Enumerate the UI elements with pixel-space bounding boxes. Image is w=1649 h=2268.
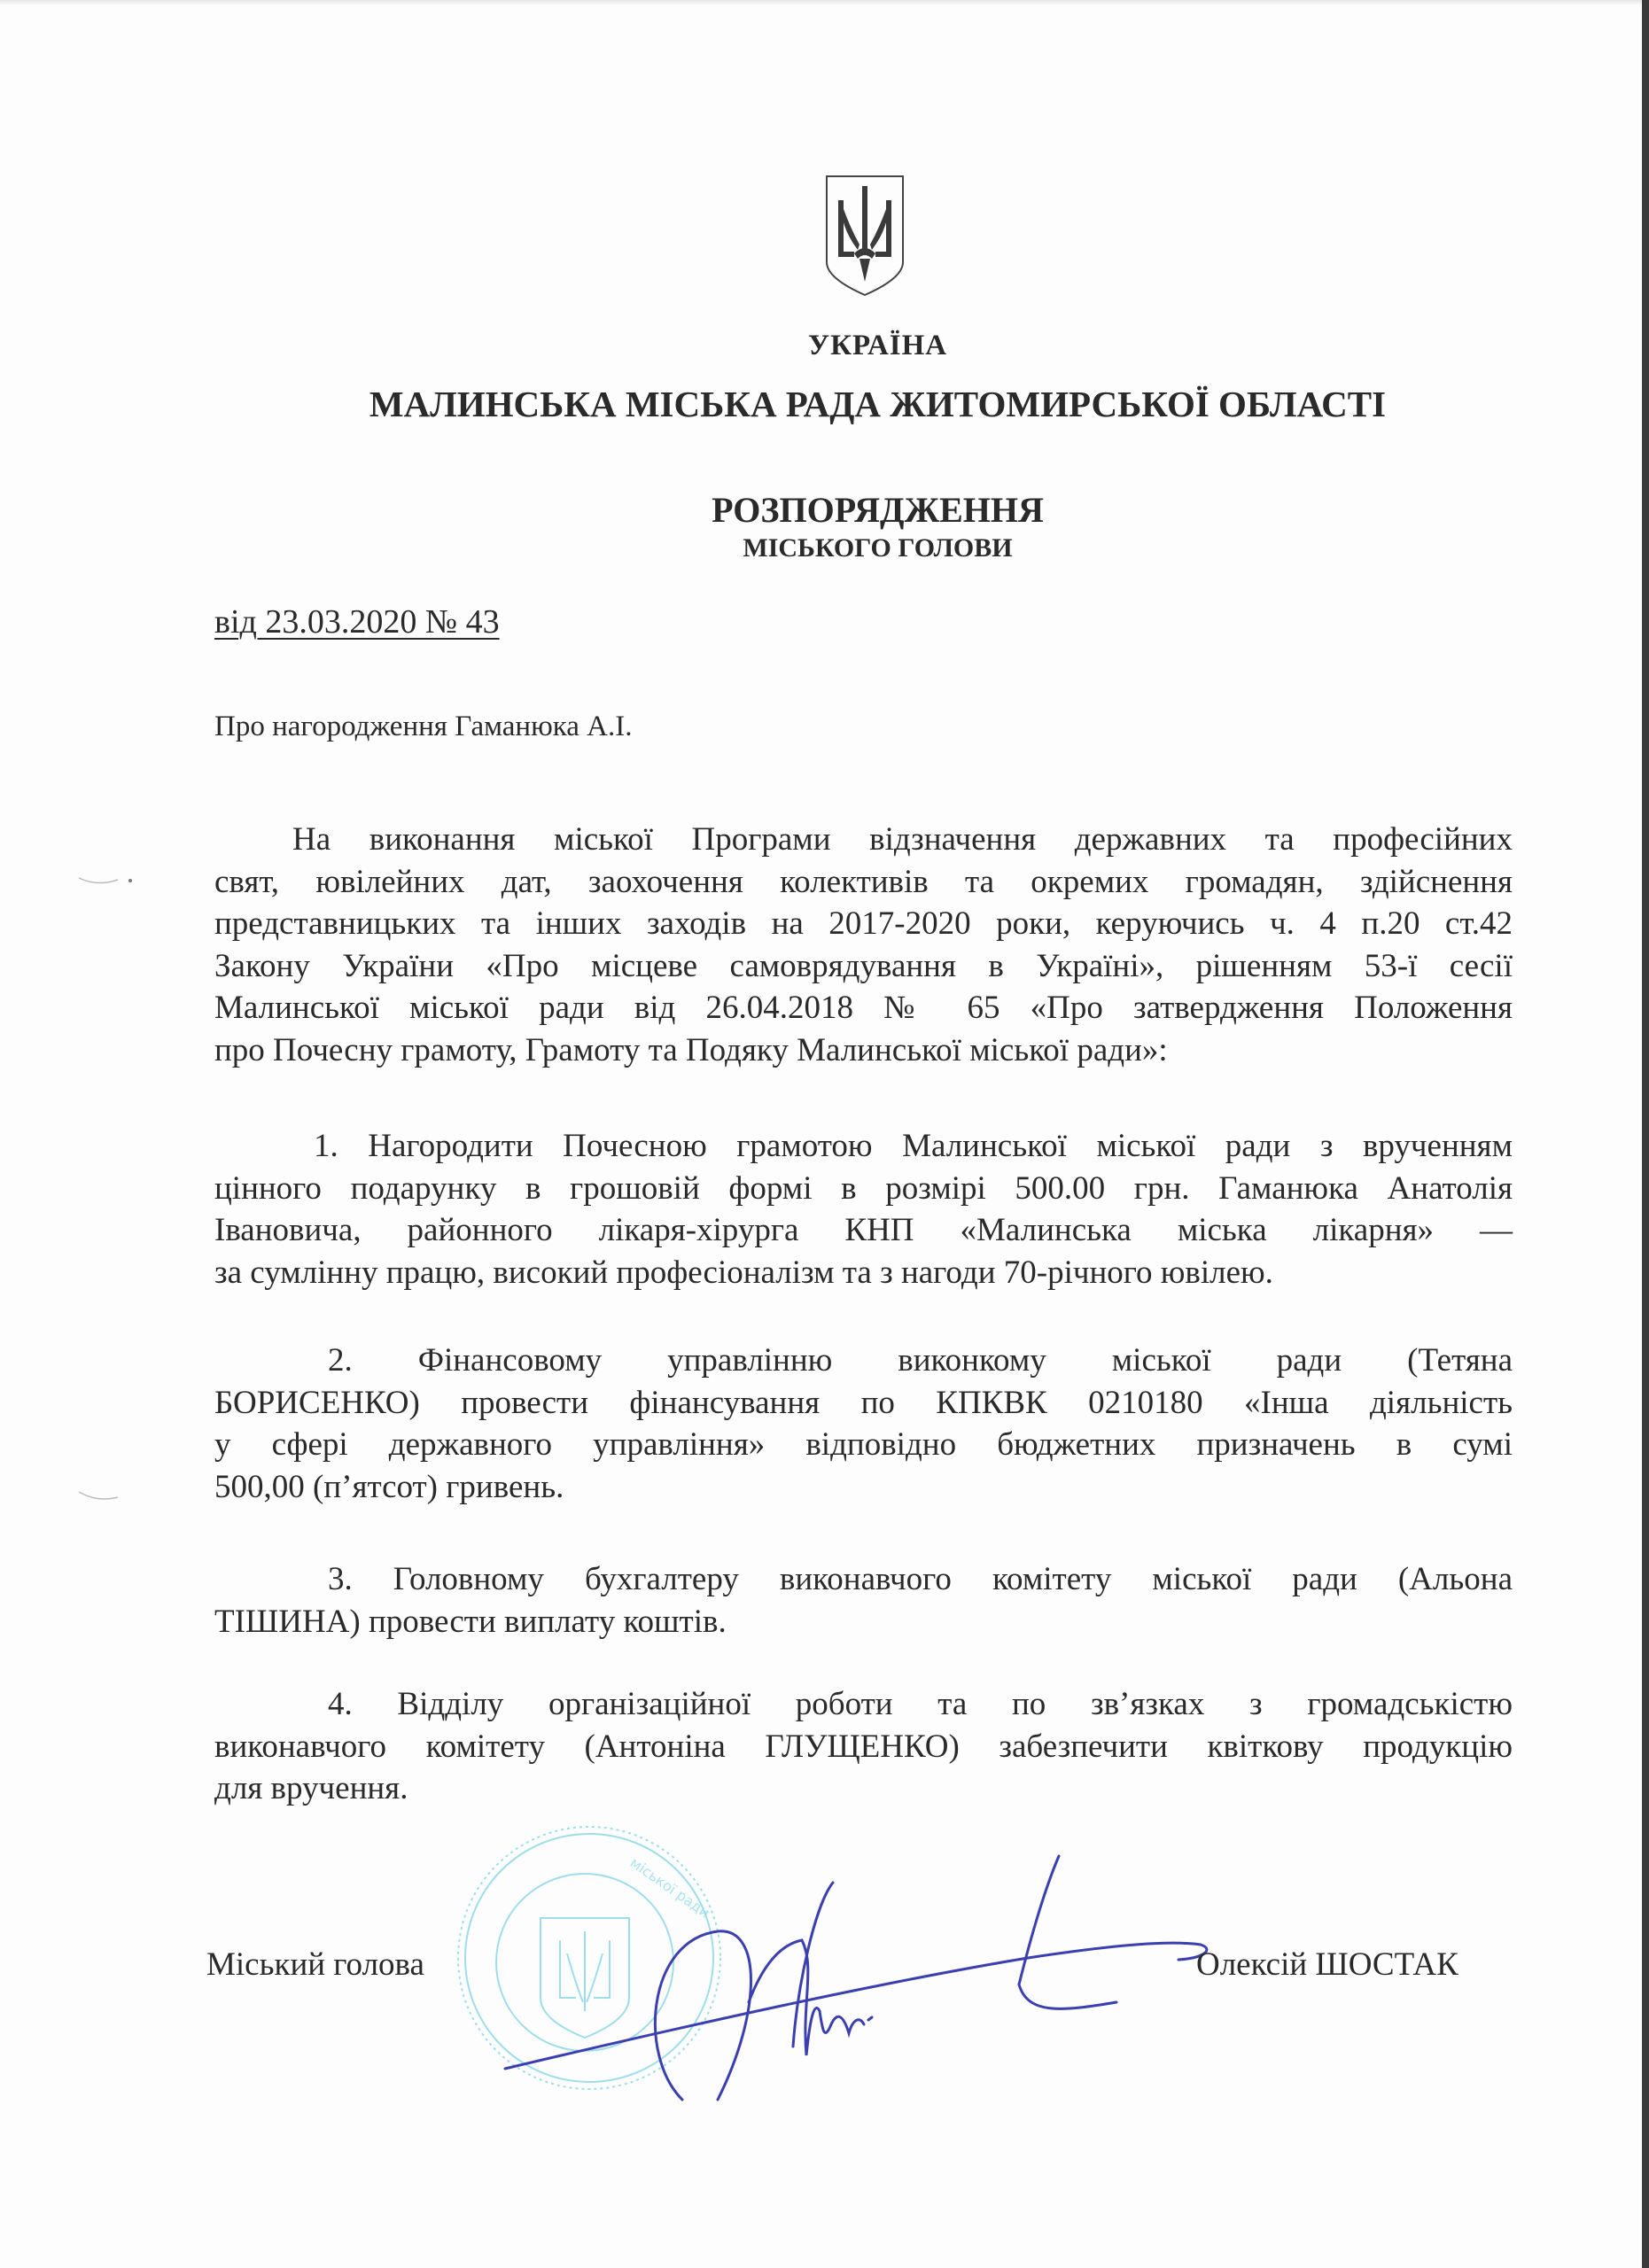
council-heading: МАЛИНСЬКА МІСЬКА РАДА ЖИТОМИРСЬКОЇ ОБЛАС…: [53, 383, 1649, 425]
item-line: 4. Відділу організаційної роботи та по з…: [214, 1683, 1513, 1726]
preamble-line: представницьких та інших заходів на 2017…: [214, 903, 1513, 945]
date-number: від 23.03.2020 № 43: [214, 602, 500, 641]
document-subtype-heading: МІСЬКОГО ГОЛОВИ: [53, 533, 1649, 563]
preamble-line: Малинської міської ради від 26.04.2018 №…: [214, 987, 1513, 1029]
preamble-line: про Почесну грамоту, Грамоту та Подяку М…: [214, 1029, 1513, 1072]
scan-top-edge: [0, 0, 1649, 5]
item-line: Івановича, районного лікаря-хірурга КНП …: [214, 1209, 1513, 1252]
order-item-3: 3. Головному бухгалтеру виконавчого комі…: [214, 1558, 1513, 1643]
scanned-page: УКРАЇНА МАЛИНСЬКА МІСЬКА РАДА ЖИТОМИРСЬК…: [0, 0, 1649, 2268]
preamble-line: свят, ювілейних дат, заохочення колектив…: [214, 861, 1513, 904]
item-line: ТІШИНА) провести виплату коштів.: [214, 1601, 1513, 1643]
item-line: 500,00 (п’ятсот) гривень.: [214, 1466, 1513, 1509]
signatory-title: Міський голова: [206, 1946, 424, 1984]
punch-hole-mark: [75, 1488, 128, 1506]
handwritten-signature: [496, 1834, 1294, 2135]
trident-coat-of-arms-icon: [824, 174, 906, 298]
item-line: 1. Нагородити Почесною грамотою Малинськ…: [214, 1125, 1513, 1168]
item-line: цінного подарунку в грошовій формі в роз…: [214, 1168, 1513, 1210]
preamble-paragraph: На виконання міської Програми відзначенн…: [214, 819, 1513, 1071]
order-item-4: 4. Відділу організаційної роботи та по з…: [214, 1683, 1513, 1810]
item-line: БОРИСЕНКО) провести фінансування по КПКВ…: [214, 1382, 1513, 1425]
item-line: за сумлінну працю, високий професіоналіз…: [214, 1252, 1513, 1294]
item-line: у сфері державного управління» відповідн…: [214, 1424, 1513, 1466]
preamble-line: На виконання міської Програми відзначенн…: [214, 819, 1513, 861]
preamble-line: Закону України «Про місцеве самоврядуван…: [214, 945, 1513, 988]
signatory-name: Олексій ШОСТАК: [1196, 1946, 1458, 1984]
subject-line: Про нагородження Гаманюка А.І.: [214, 711, 632, 743]
document-type-heading: РОЗПОРЯДЖЕННЯ: [53, 489, 1649, 531]
item-line: для вручення.: [214, 1767, 1513, 1810]
order-item-1: 1. Нагородити Почесною грамотою Малинськ…: [214, 1125, 1513, 1293]
item-line: 2. Фінансовому управлінню виконкому місь…: [214, 1340, 1513, 1382]
country-heading: УКРАЇНА: [53, 330, 1649, 362]
item-line: 3. Головному бухгалтеру виконавчого комі…: [214, 1558, 1513, 1601]
item-line: виконавчого комітету (Антоніна ГЛУЩЕНКО)…: [214, 1726, 1513, 1768]
punch-hole-mark: [75, 873, 137, 890]
order-item-2: 2. Фінансовому управлінню виконкому місь…: [214, 1340, 1513, 1508]
